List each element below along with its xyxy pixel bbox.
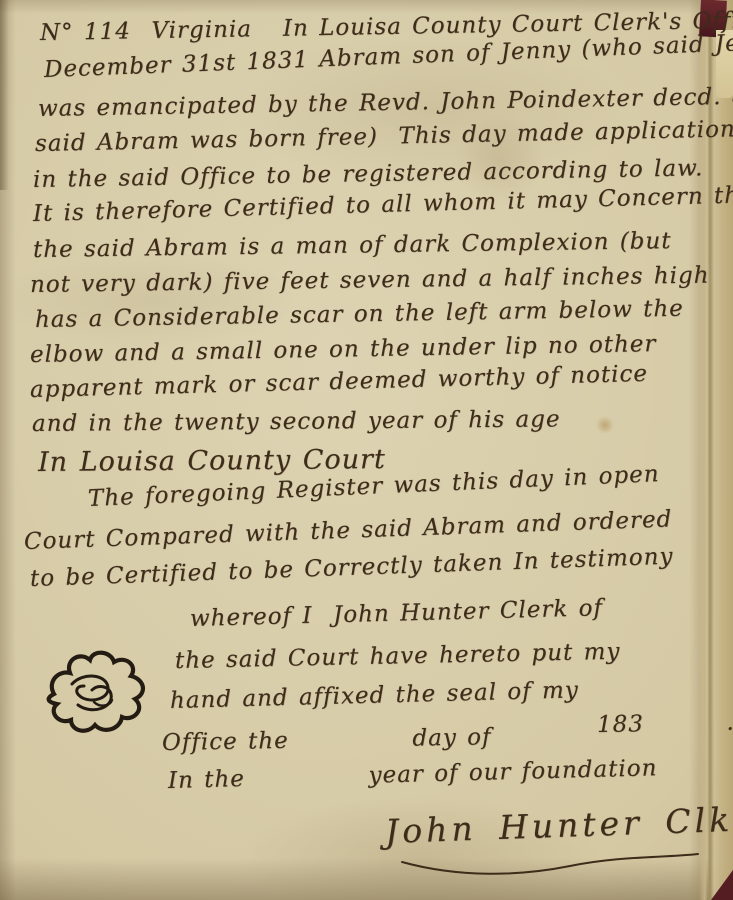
doc-line: has a Considerable scar on the left arm …: [35, 296, 684, 333]
doc-line: the said Court have hereto put my: [175, 639, 621, 674]
doc-line: the said Abram is a man of dark Complexi…: [33, 228, 672, 263]
page-gutter-shadow: [0, 0, 9, 190]
doc-line: was emancipated by the Revd. John Poinde…: [38, 83, 733, 122]
doc-line-date-blank: Office the day of: [162, 724, 492, 756]
signature-flourish: [400, 852, 700, 878]
clerk-signature: John Hunter Clk: [384, 800, 733, 851]
doc-line-year-blank: 183 .: [597, 710, 733, 738]
doc-line: not very dark) five feet seven and a hal…: [30, 263, 710, 298]
manuscript-page: N° 114 Virginia In Louisa County Court C…: [0, 0, 733, 900]
doc-line: and in the twenty second year of his age: [32, 406, 561, 437]
doc-line-foundation: In the year of our foundation: [168, 755, 658, 794]
doc-line: whereof I John Hunter Clerk of: [190, 595, 604, 632]
seal-doodle-icon: [34, 642, 154, 737]
doc-line: apparent mark or scar deemed worthy of n…: [30, 361, 649, 403]
doc-line: said Abram was born free) This day made …: [35, 116, 733, 157]
doc-line-court-heading: In Louisa County Court: [38, 444, 386, 478]
doc-line: hand and affixed the seal of my: [170, 677, 579, 714]
